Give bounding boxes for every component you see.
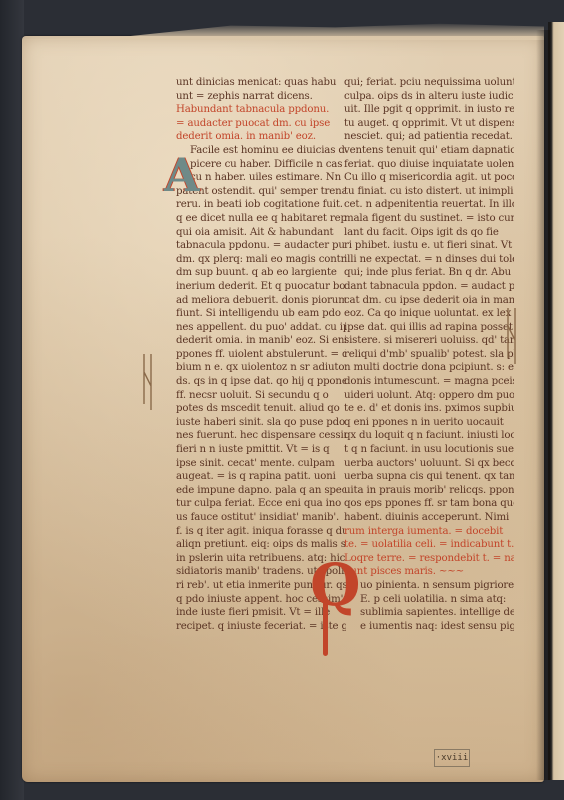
decorated-initial-q: Q	[310, 556, 361, 614]
text-line: t q n faciunt. in usu locutionis sue	[344, 443, 514, 457]
text-line: qos eps ppones ff. sr tam bona que	[344, 497, 514, 511]
text-line: qx du loquit q n faciunt. iniusti locu	[344, 429, 514, 443]
text-line: tu auget. q opprimit. Vt ut dispensando	[344, 117, 514, 131]
page-top-edge	[22, 22, 544, 40]
text-line: tu finiat. cu isto distert. ut inimpli	[344, 185, 514, 199]
text-line: ipse sinit. cecat' mente. culpam	[176, 457, 346, 471]
text-line: qui oia amisit. Ait & habundant	[176, 226, 346, 240]
text-line: reliqui d'mb' spualib' potest. sla plerq…	[344, 348, 514, 362]
text-line: tur culpa feriat. Ecce eni qua ino	[176, 497, 346, 511]
text-line: potes ds mscedit tenuit. aliud qo	[176, 402, 346, 416]
text-line: uerba auctors' uoluunt. Si qx becqua	[344, 457, 514, 471]
text-line: cet. n adpenitentia reuertat. In illo	[344, 198, 514, 212]
text-line: Habundant tabnacula ppdonu.	[176, 103, 346, 117]
text-line: f. is q iter agit. iniqua forasse q du	[176, 525, 346, 539]
text-line: nes appellent. du puo' addat. cu ipse	[176, 321, 346, 335]
text-line: nesciet. qui; ad patientia recedat. ut n	[344, 130, 514, 144]
text-line: cat dm. cu ipse dederit oia in manib'	[344, 294, 514, 308]
text-line: donis intumescunt. = magna pceis	[344, 375, 514, 389]
text-line: bium n e. qx uiolentoz n sr adiutori	[176, 361, 346, 375]
spine-shadow	[536, 30, 550, 780]
text-line: eoz. Ca qo inique uoluntat. ex lex	[344, 307, 514, 321]
text-line: feriat. quo diuise inquiatate uolente.	[344, 158, 514, 172]
text-line: aliqn pretiunt. eiq: oips ds malis sim	[176, 538, 346, 552]
text-line: unt dinicias menicat: quas habu	[176, 76, 346, 90]
text-line: tabnacula ppdonu. = audacter puocat	[176, 239, 346, 253]
text-line: Cu illo q misericordia agit. ut pocca	[344, 171, 514, 185]
text-line: sublimia sapientes. intellige debem	[344, 606, 514, 620]
text-line: fiunt. Si intelligendu ub eam pdo	[176, 307, 346, 321]
text-line: ventens tenuit qui' etiam dapnatione	[344, 144, 514, 158]
text-line: uita in prauis morib' relicqs. ppon	[344, 484, 514, 498]
text-line: dm sup buunt. q ab eo largiente	[176, 266, 346, 280]
text-line: uideri uolunt. Atq: oppero dm puoca	[344, 389, 514, 403]
left-column: unt dinicias menicat: quas habuunt = zep…	[176, 76, 346, 633]
text-line: unt = zephis narrat dicens.	[176, 90, 346, 104]
next-page-edge	[548, 22, 564, 780]
text-line: fieri n n iuste pmittit. Vt = is q	[176, 443, 346, 457]
text-line: uit. Ille pgit q opprimit. in iusto rea	[344, 103, 514, 117]
decorated-initial-a: A	[164, 152, 200, 198]
text-line: iuste haberi sinit. sla qo puse pdo	[176, 416, 346, 430]
backdrop-left	[0, 0, 24, 800]
text-line: ri phibet. iustu e. ut fieri sinat. Vt	[344, 239, 514, 253]
text-line: us fauce ostitut' insidiat' manib'.	[176, 511, 346, 525]
text-line: nes fuerunt. hec dispensare cessim'	[176, 429, 346, 443]
text-line: rum interga iumenta. = docebit	[344, 525, 514, 539]
text-line: habent. diuinis acceperunt. Nimi	[344, 511, 514, 525]
text-line: culpa. oips ds in alteru iuste iudica	[344, 90, 514, 104]
text-line: dederit omia. in manib' eoz. Si eni	[176, 334, 346, 348]
text-line: picere cu haber. Difficile n cas	[176, 158, 346, 172]
text-line: bunt pisces maris. ~~~	[344, 565, 514, 579]
text-line: patent ostendit. qui' semper trenar	[176, 185, 346, 199]
text-line: reru. in beati iob cogitatione fuit.	[176, 198, 346, 212]
text-line: q ee dicet nulla ee q habitaret reph.	[176, 212, 346, 226]
folio-number-stamp: ·xviii	[434, 749, 470, 767]
text-line: q eni ppones n in uerito uocauit	[344, 416, 514, 430]
text-line: Loqre terre. = respondebit t. = narra	[344, 552, 514, 566]
text-line: uo pinienta. n sensum pigriores	[344, 579, 514, 593]
text-line: inerium dederit. Et q puocatur bonis	[176, 280, 346, 294]
text-line: dederit omia. in manib' eoz.	[176, 130, 346, 144]
text-line: qui; inde plus feriat. Bn q dr. Abu	[344, 266, 514, 280]
text-line: uerba supna cis qui tenent. qx tam	[344, 470, 514, 484]
text-line: e iumentis naq: idest sensu pigriorib'	[344, 620, 514, 634]
marginal-nota-mark-left	[140, 352, 158, 412]
text-line: qui; feriat. pciu nequissima uoluntat'	[344, 76, 514, 90]
marginal-nota-mark-right	[504, 306, 522, 366]
text-line: lant du facit. Oips igit ds qo fie	[344, 226, 514, 240]
text-line: cu n haber. uiles estimare. Nn	[176, 171, 346, 185]
text-line: ede impune dapno. pala q an spec	[176, 484, 346, 498]
right-column: qui; feriat. pciu nequissima uoluntat'cu…	[344, 76, 514, 633]
text-line: ppones ff. uiolent abstulerunt. = du	[176, 348, 346, 362]
text-line: Facile est hominu ee diuicias des	[176, 144, 346, 158]
text-line: augeat. = is q rapina patit. uoni	[176, 470, 346, 484]
text-line: ad meliora debuerit. donis piorum	[176, 294, 346, 308]
text-line: ipse dat. qui illis ad rapina posset ob	[344, 321, 514, 335]
text-line: illi ne expectat. = n dinses dui tolerar…	[344, 253, 514, 267]
text-line: recipet. q iniuste feceriat. = iste gsu'	[176, 620, 346, 634]
text-line: dant tabnacula ppdon. = audact puo	[344, 280, 514, 294]
text-line: te e. d' et donis ins. pximos supbiunt.	[344, 402, 514, 416]
initial-q-tail-flourish	[323, 598, 328, 656]
text-line: E. p celi uolatilia. n sima atq:	[344, 593, 514, 607]
text-line: te. = uolatilia celi. = indicabunt t.	[344, 538, 514, 552]
text-line: ds. qs in q ipse dat. qo hij q ppones	[176, 375, 346, 389]
text-line: n multi doctrie dona pcipiunt. s: ecciss…	[344, 361, 514, 375]
text-line: = audacter puocat dm. cu ipse	[176, 117, 346, 131]
text-line: dm. qx plerq: mali eo magis contra	[176, 253, 346, 267]
text-line: sistere. si misereri uoluiss. qd' tam in	[344, 334, 514, 348]
text-line: mala figent du sustinet. = isto cumu	[344, 212, 514, 226]
text-line: ff. necsr uoluit. Si secundu q o	[176, 389, 346, 403]
